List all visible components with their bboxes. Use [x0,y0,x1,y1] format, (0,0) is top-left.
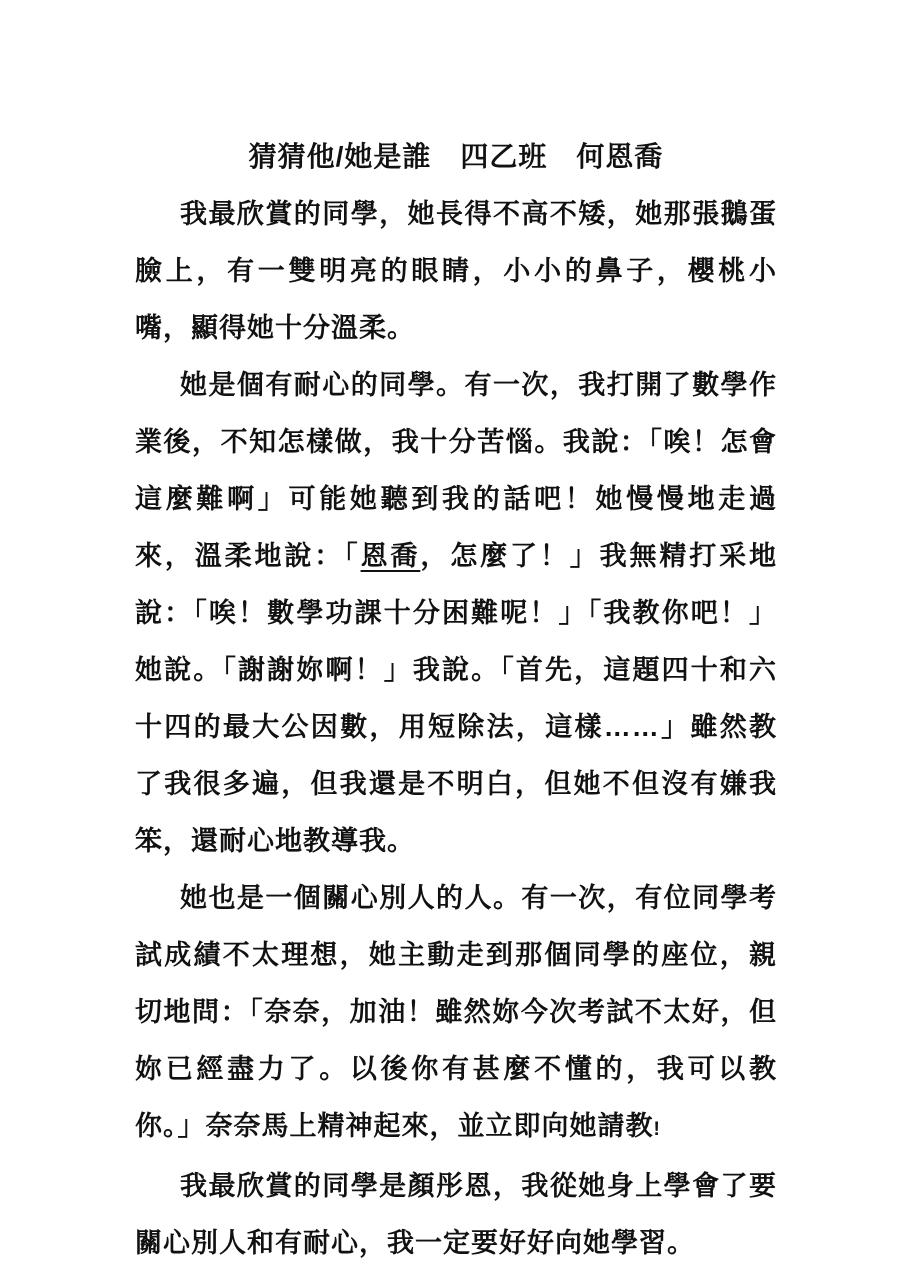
essay-body: 我最欣賞的同學，她長得不高不矮，她那張鵝蛋臉上，有一雙明亮的眼睛，小小的鼻子，櫻… [135,186,777,1272]
essay-paragraph: 她是個有耐心的同學。有一次，我打開了數學作業後，不知怎樣做，我十分苦惱。我說：「… [135,357,777,870]
text-segment: 她也是一個關心別人的人。有一次，有位同學考試成績不太理想，她主動走到那個同學的座… [135,883,777,1141]
essay-title: 猜猜他/她是誰 四乙班 何恩喬 [135,128,777,186]
text-segment: 我最欣賞的同學是顏彤恩，我從她身上學會了要關心別人和有耐心，我一定要好好向她學習… [135,1171,777,1258]
essay-paragraph: 她也是一個關心別人的人。有一次，有位同學考試成績不太理想，她主動走到那個同學的座… [135,870,777,1158]
document-page: 猜猜他/她是誰 四乙班 何恩喬 我最欣賞的同學，她長得不高不矮，她那張鵝蛋臉上，… [0,0,905,1280]
essay-paragraph: 我最欣賞的同學是顏彤恩，我從她身上學會了要關心別人和有耐心，我一定要好好向她學習… [135,1158,777,1272]
student-name-underlined: 恩喬 [361,541,421,571]
text-segment: 我最欣賞的同學，她長得不高不矮，她那張鵝蛋臉上，有一雙明亮的眼睛，小小的鼻子，櫻… [135,199,777,343]
text-segment: ! [654,1119,661,1140]
essay-paragraph: 我最欣賞的同學，她長得不高不矮，她那張鵝蛋臉上，有一雙明亮的眼睛，小小的鼻子，櫻… [135,186,777,357]
text-segment: ，怎麼了！」我無精打采地說：「唉！數學功課十分困難呢！」「我教你吧！」她說。「謝… [135,541,777,856]
